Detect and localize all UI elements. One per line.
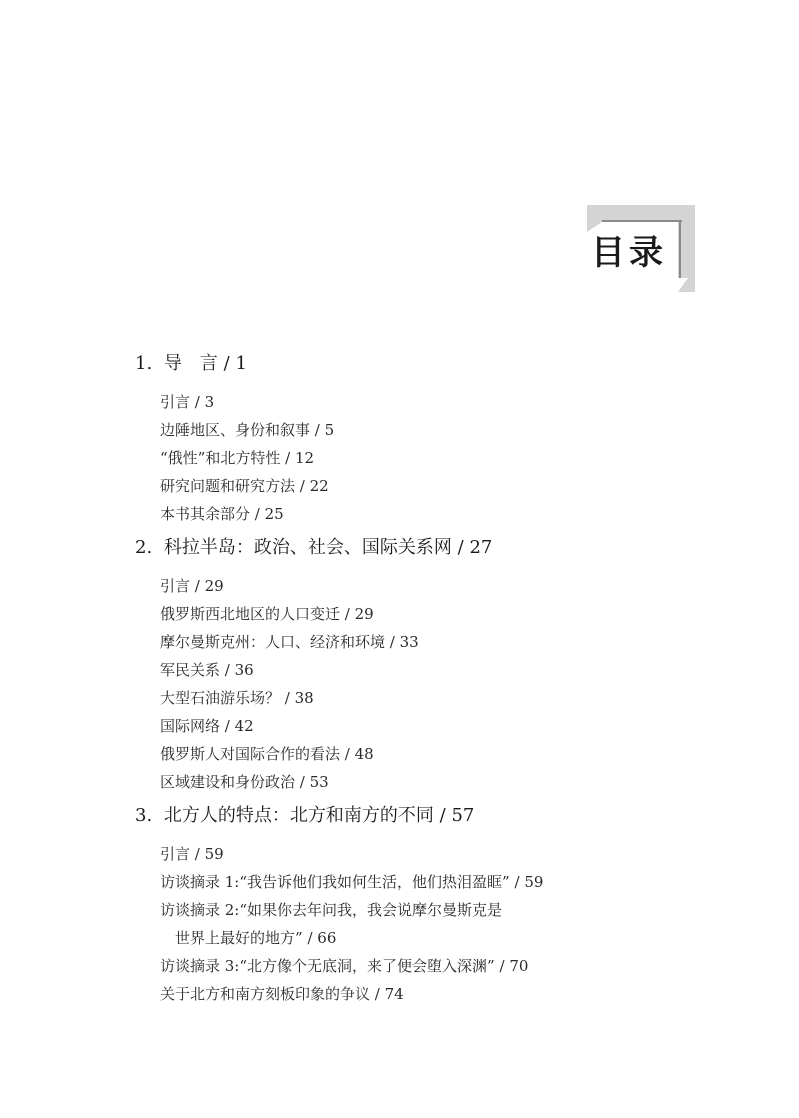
chapter-page: / 1	[224, 353, 247, 374]
chapter-title: 北方人的特点：北方和南方的不同	[164, 805, 434, 826]
section-item[interactable]: 引言 / 29	[160, 572, 695, 600]
section-item[interactable]: 大型石油游乐场？ / 38	[160, 684, 695, 712]
bracket-notch-bottom	[678, 278, 688, 292]
section-title: 访谈摘录 3:“北方像个无底洞，来了便会堕入深渊”	[160, 957, 495, 975]
bracket-inner-line-vertical	[679, 220, 681, 278]
section-title: 引言	[160, 393, 190, 411]
section-item[interactable]: 国际网络 / 42	[160, 712, 695, 740]
section-title-continuation: 世界上最好的地方”	[175, 929, 303, 947]
page-title: 目录	[591, 236, 667, 270]
section-list: 引言 / 59 访谈摘录 1:“我告诉他们我如何生活，他们热泪盈眶” / 59 …	[160, 840, 695, 1008]
section-title: 国际网络	[160, 717, 220, 735]
chapter-number: 1.	[135, 353, 152, 374]
chapter-page: / 57	[440, 805, 475, 826]
section-item[interactable]: 俄罗斯西北地区的人口变迁 / 29	[160, 600, 695, 628]
section-page: / 59	[195, 845, 224, 863]
section-page: / 22	[300, 477, 329, 495]
chapter-2: 2. 科拉半岛：政治、社会、国际关系网 / 27 引言 / 29 俄罗斯西北地区…	[135, 536, 695, 796]
table-of-contents: 1. 导 言 / 1 引言 / 3 边陲地区、身份和叙事 / 5 “俄性”和北方…	[135, 352, 695, 1016]
chapter-heading[interactable]: 1. 导 言 / 1	[135, 352, 695, 376]
section-title: “俄性”和北方特性	[160, 449, 280, 467]
bracket-inner-line-horizontal	[602, 220, 682, 222]
section-page: / 29	[195, 577, 224, 595]
section-title: 军民关系	[160, 661, 220, 679]
section-item[interactable]: 本书其余部分 / 25	[160, 500, 695, 528]
chapter-number: 3.	[135, 805, 152, 826]
section-page: / 48	[345, 745, 374, 763]
section-list: 引言 / 3 边陲地区、身份和叙事 / 5 “俄性”和北方特性 / 12 研究问…	[160, 388, 695, 528]
section-title: 本书其余部分	[160, 505, 250, 523]
chapter-title: 科拉半岛：政治、社会、国际关系网	[164, 537, 452, 558]
chapter-title: 导 言	[164, 353, 218, 374]
section-item[interactable]: 访谈摘录 1:“我告诉他们我如何生活，他们热泪盈眶” / 59	[160, 868, 695, 896]
section-title: 区域建设和身份政治	[160, 773, 295, 791]
section-list: 引言 / 29 俄罗斯西北地区的人口变迁 / 29 摩尔曼斯克州：人口、经济和环…	[160, 572, 695, 796]
section-title: 大型石油游乐场？	[160, 689, 280, 707]
section-item[interactable]: 军民关系 / 36	[160, 656, 695, 684]
section-item[interactable]: 摩尔曼斯克州：人口、经济和环境 / 33	[160, 628, 695, 656]
section-item[interactable]: 引言 / 3	[160, 388, 695, 416]
section-page: / 5	[315, 421, 334, 439]
section-title: 研究问题和研究方法	[160, 477, 295, 495]
section-page: / 70	[500, 957, 529, 975]
section-page: / 3	[195, 393, 214, 411]
section-title: 访谈摘录 2:“如果你去年问我，我会说摩尔曼斯克是	[160, 901, 502, 919]
section-item[interactable]: 访谈摘录 3:“北方像个无底洞，来了便会堕入深渊” / 70	[160, 952, 695, 980]
section-page: / 59	[515, 873, 544, 891]
section-item[interactable]: 区域建设和身份政治 / 53	[160, 768, 695, 796]
chapter-number: 2.	[135, 537, 152, 558]
section-title: 俄罗斯人对国际合作的看法	[160, 745, 340, 763]
section-item[interactable]: 访谈摘录 2:“如果你去年问我，我会说摩尔曼斯克是世界上最好的地方” / 66	[160, 896, 695, 952]
section-title: 俄罗斯西北地区的人口变迁	[160, 605, 340, 623]
section-page: / 33	[390, 633, 419, 651]
chapter-3: 3. 北方人的特点：北方和南方的不同 / 57 引言 / 59 访谈摘录 1:“…	[135, 804, 695, 1008]
section-item[interactable]: 俄罗斯人对国际合作的看法 / 48	[160, 740, 695, 768]
section-page: / 12	[285, 449, 314, 467]
section-title: 边陲地区、身份和叙事	[160, 421, 310, 439]
chapter-heading[interactable]: 3. 北方人的特点：北方和南方的不同 / 57	[135, 804, 695, 828]
section-item[interactable]: “俄性”和北方特性 / 12	[160, 444, 695, 472]
section-title: 访谈摘录 1:“我告诉他们我如何生活，他们热泪盈眶”	[160, 873, 510, 891]
chapter-page: / 27	[458, 537, 493, 558]
section-page: / 53	[300, 773, 329, 791]
section-title: 引言	[160, 577, 190, 595]
section-page: / 42	[225, 717, 254, 735]
section-item[interactable]: 引言 / 59	[160, 840, 695, 868]
section-title: 引言	[160, 845, 190, 863]
section-page: / 74	[375, 985, 404, 1003]
section-page: / 25	[255, 505, 284, 523]
section-item[interactable]: 研究问题和研究方法 / 22	[160, 472, 695, 500]
chapter-heading[interactable]: 2. 科拉半岛：政治、社会、国际关系网 / 27	[135, 536, 695, 560]
section-item[interactable]: 关于北方和南方刻板印象的争议 / 74	[160, 980, 695, 1008]
section-page: / 66	[307, 929, 336, 947]
section-title: 关于北方和南方刻板印象的争议	[160, 985, 370, 1003]
section-title: 摩尔曼斯克州：人口、经济和环境	[160, 633, 385, 651]
section-page: / 29	[345, 605, 374, 623]
section-item[interactable]: 边陲地区、身份和叙事 / 5	[160, 416, 695, 444]
section-page: / 36	[225, 661, 254, 679]
section-page: / 38	[285, 689, 314, 707]
chapter-1: 1. 导 言 / 1 引言 / 3 边陲地区、身份和叙事 / 5 “俄性”和北方…	[135, 352, 695, 528]
bracket-notch-left	[587, 222, 602, 232]
